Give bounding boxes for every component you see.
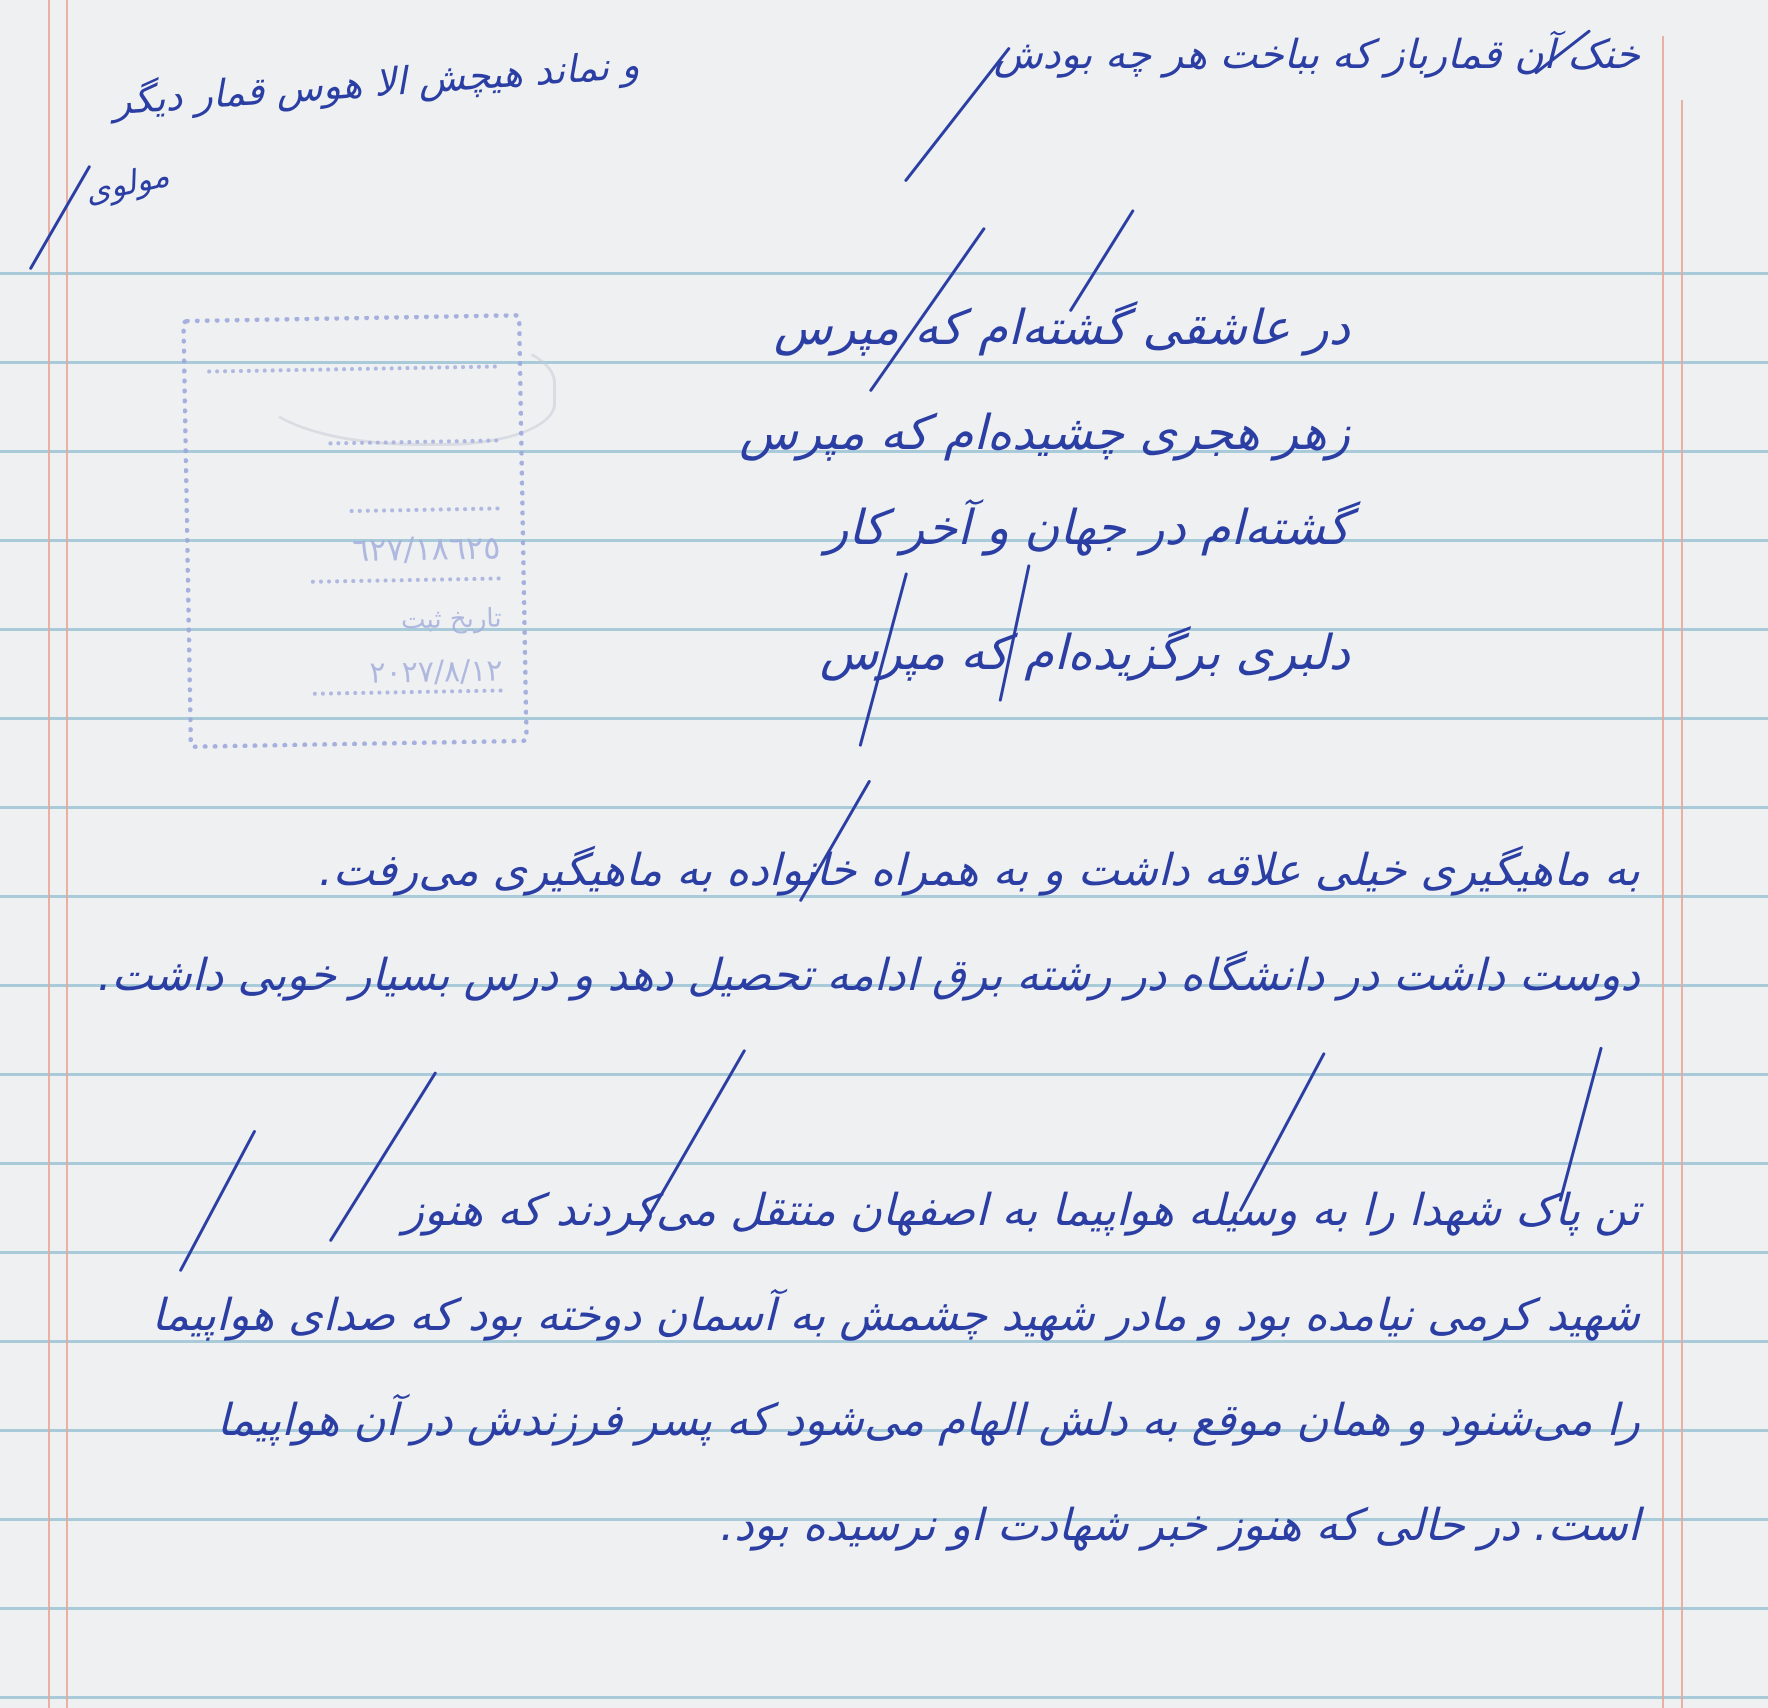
stamp-registration-number: ٦٢٧/١٨٦٢٥ <box>352 528 501 569</box>
body-line-5: را می‌شنود و همان موقع به دلش الهام می‌ش… <box>80 1395 1640 1446</box>
poem-line-3: گشته‌ام در جهان و آخر کار <box>650 500 1350 556</box>
pen-stroke <box>1559 1047 1603 1202</box>
pen-stroke <box>1069 209 1135 312</box>
ruled-paper-page: خنک آن قمارباز که بباخت هر چه بودش و نما… <box>0 0 1768 1708</box>
poem-line-2: زهر هجری چشیده‌ام که مپرس <box>650 405 1350 461</box>
stamp-dotted-line <box>350 506 500 513</box>
stamp-dotted-line <box>207 364 497 373</box>
left-margin-line-outer <box>48 0 50 1708</box>
right-margin-line-outer <box>1662 36 1664 1708</box>
registration-stamp: ٦٢٧/١٨٦٢٥ تاریخ ثبت ٢٠٢٧/٨/١٢ <box>181 313 528 749</box>
stamp-dotted-line <box>328 438 498 445</box>
body-line-1: به ماهیگیری خیلی علاقه داشت و به همراه خ… <box>80 845 1640 896</box>
stamp-date-value: ٢٠٢٧/٨/١٢ <box>369 653 503 690</box>
right-margin-line-inner <box>1681 100 1683 1708</box>
stamp-date-label: تاریخ ثبت <box>401 603 502 635</box>
left-margin-line-inner <box>66 0 68 1708</box>
header-verse-first-hemistich: خنک آن قمارباز که بباخت هر چه بودش <box>760 32 1640 78</box>
body-line-4: شهید کرمی نیامده بود و مادر شهید چشمش به… <box>80 1290 1640 1341</box>
body-line-6: است. در حالی که هنوز خبر شهادت او نرسیده… <box>300 1500 1640 1551</box>
body-line-2: دوست داشت در دانشگاه در رشته برق ادامه ت… <box>80 950 1640 1001</box>
body-line-3: تن پاک شهدا را به وسیله هواپیما به اصفها… <box>80 1185 1640 1236</box>
poem-line-1: در عاشقی گشته‌ام که مپرس <box>650 300 1350 356</box>
poem-line-4: دلبری برگزیده‌ام که مپرس <box>650 625 1350 681</box>
stamp-dotted-line <box>311 576 501 583</box>
header-verse-second-hemistich: و نماند هیچش الا هوس قمار دیگر <box>79 43 641 126</box>
